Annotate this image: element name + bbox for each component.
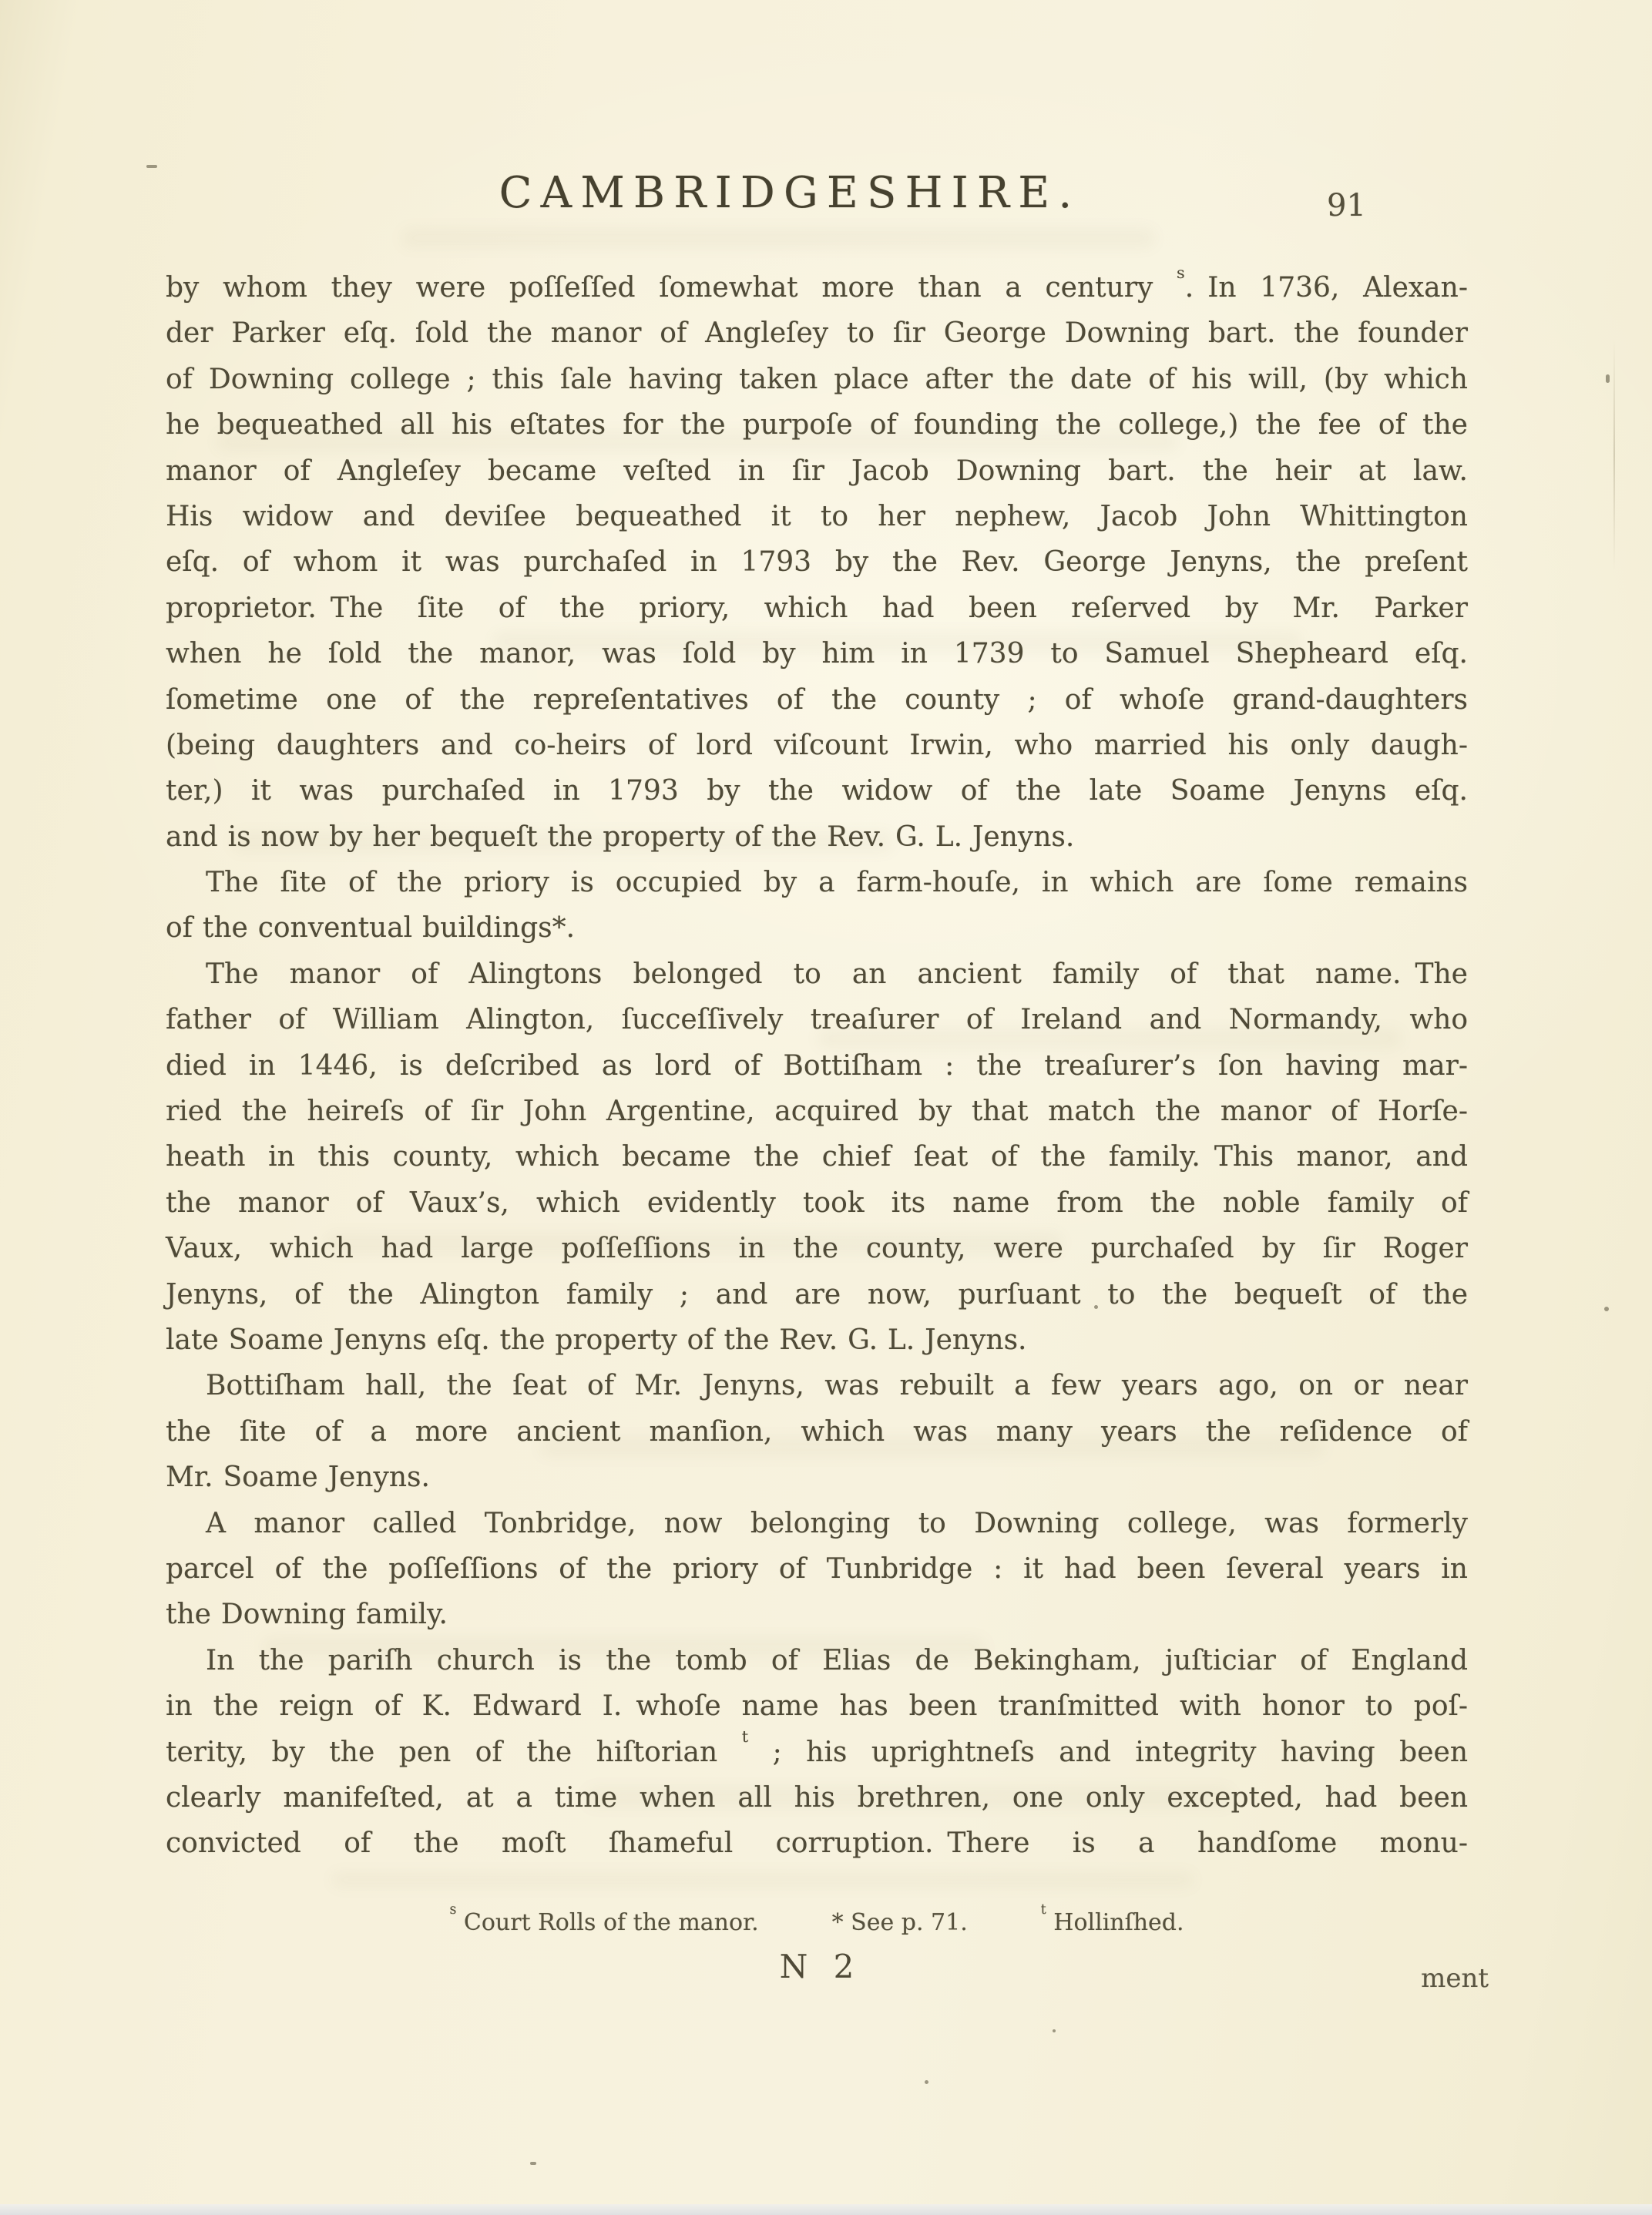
text-line: His widow and deviſee bequeathed it to h… [166, 494, 1468, 539]
text-line: proprietor. The ſite of the priory, whic… [166, 586, 1468, 631]
page-scan: CAMBRIDGESHIRE. 91 by whom they were poſ… [0, 0, 1652, 2215]
paper-speck [146, 165, 157, 168]
paper-speck [925, 2080, 928, 2084]
paper-fold-line [1613, 339, 1615, 570]
footnote-see-page: * See p. 71. [832, 1909, 968, 1936]
text-line: when he ſold the manor, was ſold by him … [166, 631, 1468, 676]
scan-bottom-edge [0, 2204, 1652, 2215]
text-line: terity, by the pen of the hiſtorian t ; … [166, 1730, 1468, 1775]
paper-speck [1053, 2029, 1056, 2032]
body-text: by whom they were poſſeſſed ſomewhat mor… [166, 265, 1468, 1867]
paper-speck [530, 2162, 536, 2165]
text-line: ſometime one of the repreſentatives of t… [166, 677, 1468, 723]
text-line: convicted of the moſt ſhameful corruptio… [166, 1821, 1468, 1866]
text-line: in the reign of K. Edward I. whoſe name … [166, 1683, 1468, 1729]
bleed-through-mark [331, 1872, 1194, 1888]
signature-mark: N 2 [166, 1948, 1468, 1985]
page-number: 91 [1327, 188, 1366, 223]
text-line: heath in this county, which became the c… [166, 1134, 1468, 1180]
text-line: Jenyns, of the Alington family ; and are… [166, 1272, 1468, 1317]
footnote-hollinshed: t Hollinſhed. [1041, 1909, 1184, 1936]
text-line: Mr. Soame Jenyns. [166, 1455, 1468, 1500]
text-line: In the pariſh church is the tomb of Elia… [166, 1638, 1468, 1683]
catchword: ment [1421, 1963, 1489, 1994]
footnotes-row: s Court Rolls of the manor. * See p. 71.… [166, 1909, 1468, 1936]
text-line: the Downing family. [166, 1592, 1468, 1637]
text-line: by whom they were poſſeſſed ſomewhat mor… [166, 265, 1468, 310]
text-line: he bequeathed all his eſtates for the pu… [166, 402, 1468, 448]
text-line: der Parker eſq. ſold the manor of Angleſ… [166, 310, 1468, 356]
bleed-through-mark [401, 228, 1156, 248]
text-line: died in 1446, is deſcribed as lord of Bo… [166, 1043, 1468, 1089]
text-line: Vaux, which had large poſſeſſions in the… [166, 1226, 1468, 1271]
text-line: of the conventual buildings*. [166, 905, 1468, 951]
text-line: A manor called Tonbridge, now belonging … [166, 1501, 1468, 1546]
footnote-court-rolls: s Court Rolls of the manor. [449, 1909, 758, 1936]
page-title: CAMBRIDGESHIRE. [166, 168, 1414, 218]
text-line: manor of Angleſey became veſted in ſir J… [166, 448, 1468, 494]
text-line: ter,) it was purchaſed in 1793 by the wi… [166, 768, 1468, 814]
text-line: The manor of Alingtons belonged to an an… [166, 951, 1468, 997]
text-line: Bottiſham hall, the ſeat of Mr. Jenyns, … [166, 1363, 1468, 1408]
text-line: clearly manifeſted, at a time when all h… [166, 1775, 1468, 1821]
paper-speck [1604, 1307, 1609, 1311]
text-line: the ſite of a more ancient manſion, whic… [166, 1409, 1468, 1455]
text-line: the manor of Vaux’s, which evidently too… [166, 1180, 1468, 1226]
paper-speck [1606, 374, 1610, 383]
text-line: and is now by her bequeſt the property o… [166, 814, 1468, 860]
text-line: eſq. of whom it was purchaſed in 1793 by… [166, 539, 1468, 585]
text-line: late Soame Jenyns eſq. the property of t… [166, 1317, 1468, 1363]
text-line: father of William Alington, ſucceſſively… [166, 997, 1468, 1042]
text-line: of Downing college ; this ſale having ta… [166, 357, 1468, 402]
text-line: parcel of the poſſeſſions of the priory … [166, 1546, 1468, 1592]
text-line: The ſite of the priory is occupied by a … [166, 860, 1468, 905]
text-line: ried the heireſs of ſir John Argentine, … [166, 1089, 1468, 1134]
text-line: (being daughters and co-heirs of lord vi… [166, 723, 1468, 768]
